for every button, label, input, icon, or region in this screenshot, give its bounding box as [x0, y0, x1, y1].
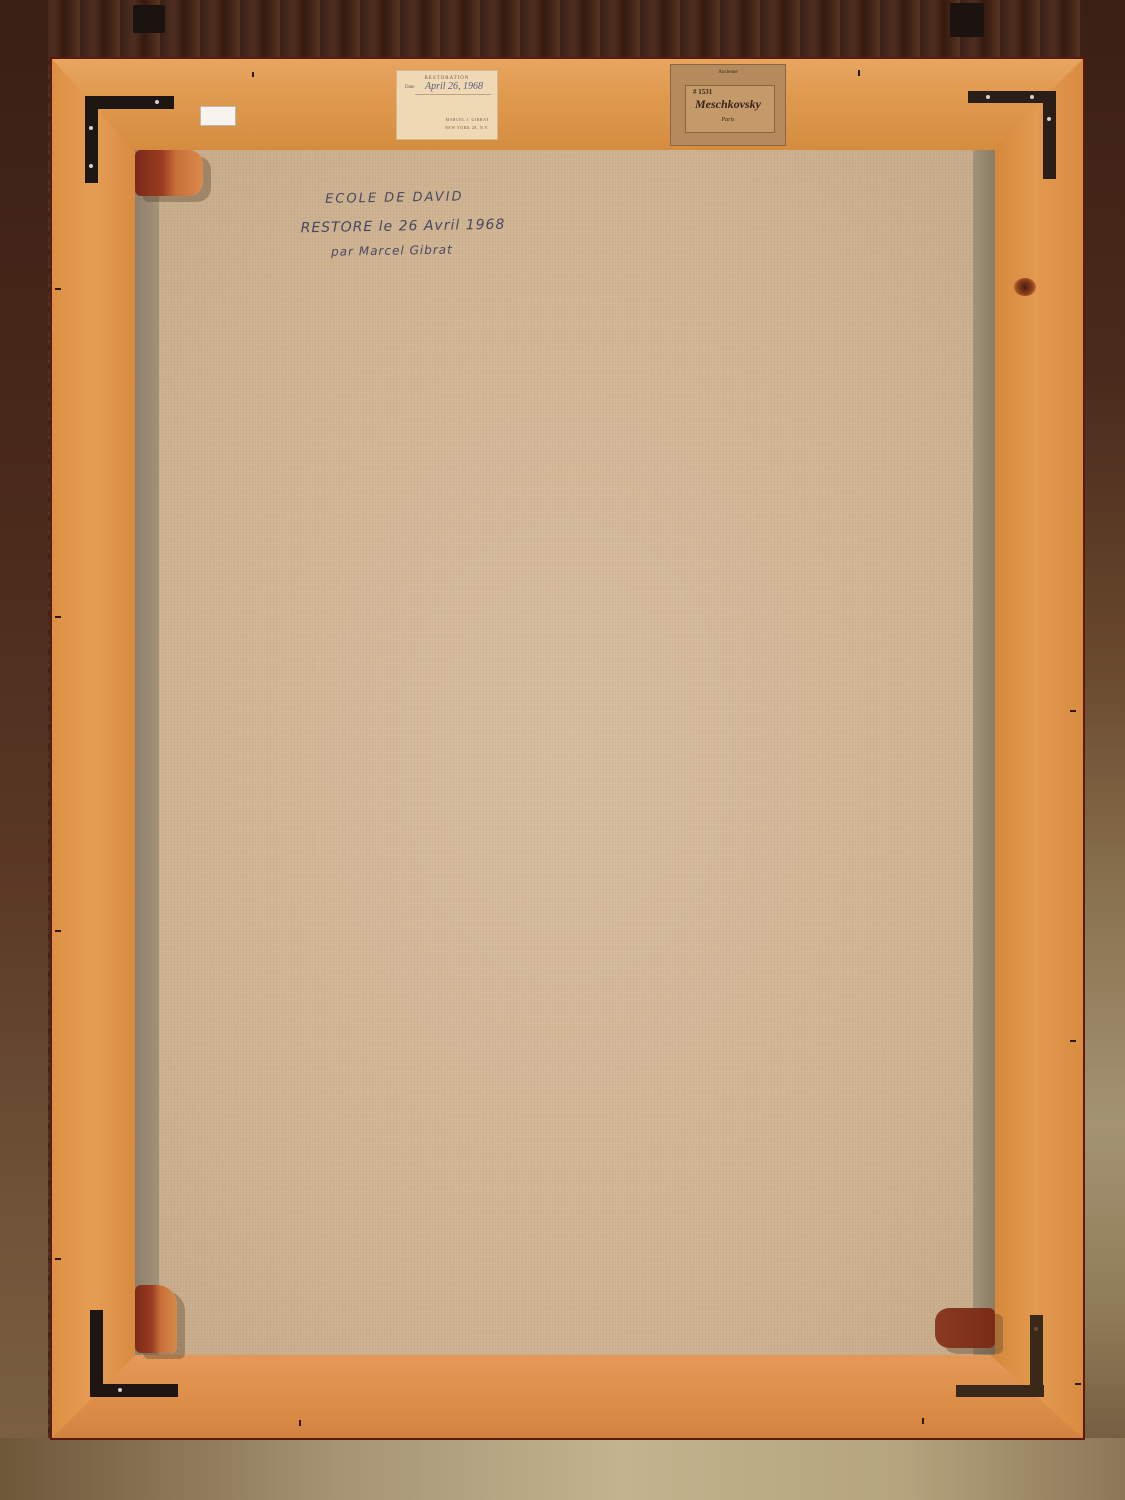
- collector-label-city: Paris: [671, 117, 785, 123]
- canvas-edge-shadow-left: [135, 150, 159, 1355]
- collector-label-name: Meschkovsky: [671, 97, 785, 112]
- nail-mark: [922, 1418, 924, 1424]
- canvas-edge-shadow-right: [973, 150, 995, 1355]
- canvas-back: ECOLE DE DAVID RESTORE le 26 Avril 1968 …: [135, 150, 995, 1355]
- handwritten-inscription: ECOLE DE DAVID RESTORE le 26 Avril 1968 …: [300, 188, 560, 193]
- nail-mark: [55, 616, 61, 618]
- hanger-right: [950, 3, 984, 37]
- collector-label: Ancienne # 1531 Meschkovsky Paris: [670, 64, 786, 146]
- hanger-left: [133, 5, 165, 33]
- wood-knot: [1014, 278, 1036, 296]
- nail-mark: [55, 288, 61, 290]
- nail-mark: [1070, 710, 1076, 712]
- nail-mark: [858, 70, 860, 76]
- small-sticker-text: ...: [201, 113, 235, 117]
- outer-frame-bottom: [0, 1438, 1125, 1500]
- nail-mark: [55, 930, 61, 932]
- nail-mark: [299, 1420, 301, 1426]
- nail-mark: [55, 1258, 61, 1260]
- restoration-label: RESTORATION Date April 26, 1968 MARCEL J…: [396, 70, 498, 140]
- collector-label-header: Ancienne: [671, 70, 785, 75]
- restoration-label-date: April 26, 1968: [425, 81, 483, 92]
- nail-mark: [1070, 1040, 1076, 1042]
- nail-mark: [1075, 1383, 1081, 1385]
- restoration-label-address-1: MARCEL J. GIBRAT: [445, 117, 489, 122]
- inscription-line-3: par Marcel Gibrat: [331, 243, 453, 259]
- stretcher-bar-left: [52, 59, 137, 1438]
- small-white-sticker: ...: [200, 106, 236, 126]
- inscription-line-1: ECOLE DE DAVID: [325, 189, 464, 206]
- corner-key-bottom-left: [135, 1285, 177, 1353]
- outer-frame-right: [1083, 0, 1125, 1500]
- nail-mark: [252, 72, 254, 77]
- stretcher-bar-bottom: [52, 1353, 1083, 1438]
- stretcher-bar-right: [988, 59, 1083, 1438]
- collector-label-number: # 1531: [693, 88, 712, 96]
- restoration-label-date-prefix: Date: [405, 85, 414, 90]
- corner-key-top-left: [135, 150, 203, 196]
- corner-key-bottom-right: [935, 1308, 995, 1348]
- restoration-label-underline: [415, 94, 491, 95]
- restoration-label-address-2: NEW YORK 28, N.Y.: [445, 125, 489, 130]
- outer-frame-left: [0, 0, 48, 1500]
- inscription-line-2: RESTORE le 26 Avril 1968: [301, 217, 506, 237]
